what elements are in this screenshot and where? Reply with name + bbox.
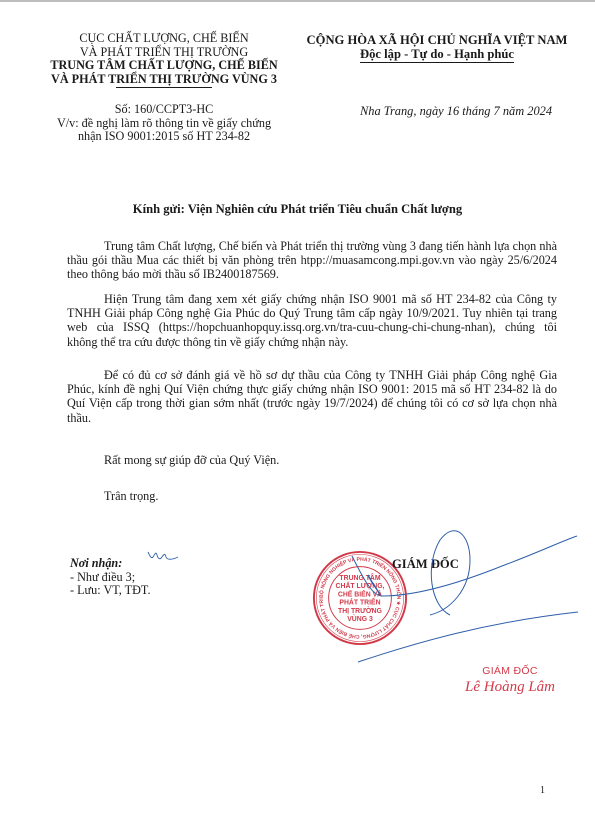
issuing-agency-header: CỤC CHẤT LƯỢNG, CHẾ BIẾN VÀ PHÁT TRIỂN T…	[48, 32, 280, 88]
parent-agency-line-2: VÀ PHÁT TRIỂN THỊ TRƯỜNG	[48, 46, 280, 60]
national-title: CỘNG HÒA XÃ HỘI CHỦ NGHĨA VIỆT NAM	[288, 33, 586, 47]
name-stamp: GIÁM ĐỐC Lê Hoàng Lâm	[440, 665, 580, 696]
issuing-center-line-2: VÀ PHÁT TRIỂN THỊ TRƯỜNG VÙNG 3	[48, 73, 280, 87]
svg-text:TRUNG TÂM: TRUNG TÂM	[339, 573, 380, 582]
stamp-role: GIÁM ĐỐC	[440, 665, 580, 677]
subject-line-1: V/v: đề nghị làm rõ thông tin về giấy ch…	[48, 117, 280, 131]
recipient-item: - Như điều 3;	[70, 571, 151, 585]
national-motto: Độc lập - Tự do - Hạnh phúc	[360, 47, 514, 63]
page-top-border	[0, 0, 595, 2]
signatory-title: GIÁM ĐỐC	[392, 557, 459, 572]
subject-line-2: nhận ISO 9001:2015 số HT 234-82	[48, 130, 280, 144]
svg-text:THỊ TRƯỜNG: THỊ TRƯỜNG	[338, 606, 382, 615]
body-paragraph-3: Để có đủ cơ sở đánh giá về hồ sơ dự thầu…	[67, 368, 557, 425]
recipients-block: Nơi nhận: - Như điều 3; - Lưu: VT, TĐT.	[70, 557, 151, 598]
closing-regards: Trân trọng.	[104, 489, 158, 504]
svg-text:VÙNG 3: VÙNG 3	[347, 614, 373, 623]
page-number: 1	[540, 785, 545, 796]
document-reference: Số: 160/CCPT3-HC V/v: đề nghị làm rõ thô…	[48, 103, 280, 144]
svg-text:PHÁT TRIỂN: PHÁT TRIỂN	[339, 598, 380, 607]
recipients-title: Nơi nhận:	[70, 557, 151, 571]
body-paragraph-2: Hiện Trung tâm đang xem xét giấy chứng n…	[67, 292, 557, 349]
signatory-name: Lê Hoàng Lâm	[440, 679, 580, 696]
header-underline	[116, 87, 212, 88]
parent-agency-line-1: CỤC CHẤT LƯỢNG, CHẾ BIẾN	[48, 32, 280, 46]
place-date: Nha Trang, ngày 16 tháng 7 năm 2024	[360, 104, 552, 119]
national-header: CỘNG HÒA XÃ HỘI CHỦ NGHĨA VIỆT NAM Độc l…	[288, 33, 586, 63]
issuing-center-line-1: TRUNG TÂM CHẤT LƯỢNG, CHẾ BIẾN	[48, 59, 280, 73]
body-paragraph-1: Trung tâm Chất lượng, Chế biến và Phát t…	[67, 239, 557, 282]
recipient-item: - Lưu: VT, TĐT.	[70, 584, 151, 598]
document-number: Số: 160/CCPT3-HC	[48, 103, 280, 117]
closing-request: Rất mong sự giúp đỡ của Quý Viện.	[104, 453, 279, 468]
recipient-salutation: Kính gửi: Viện Nghiên cứu Phát triển Tiê…	[0, 202, 595, 217]
